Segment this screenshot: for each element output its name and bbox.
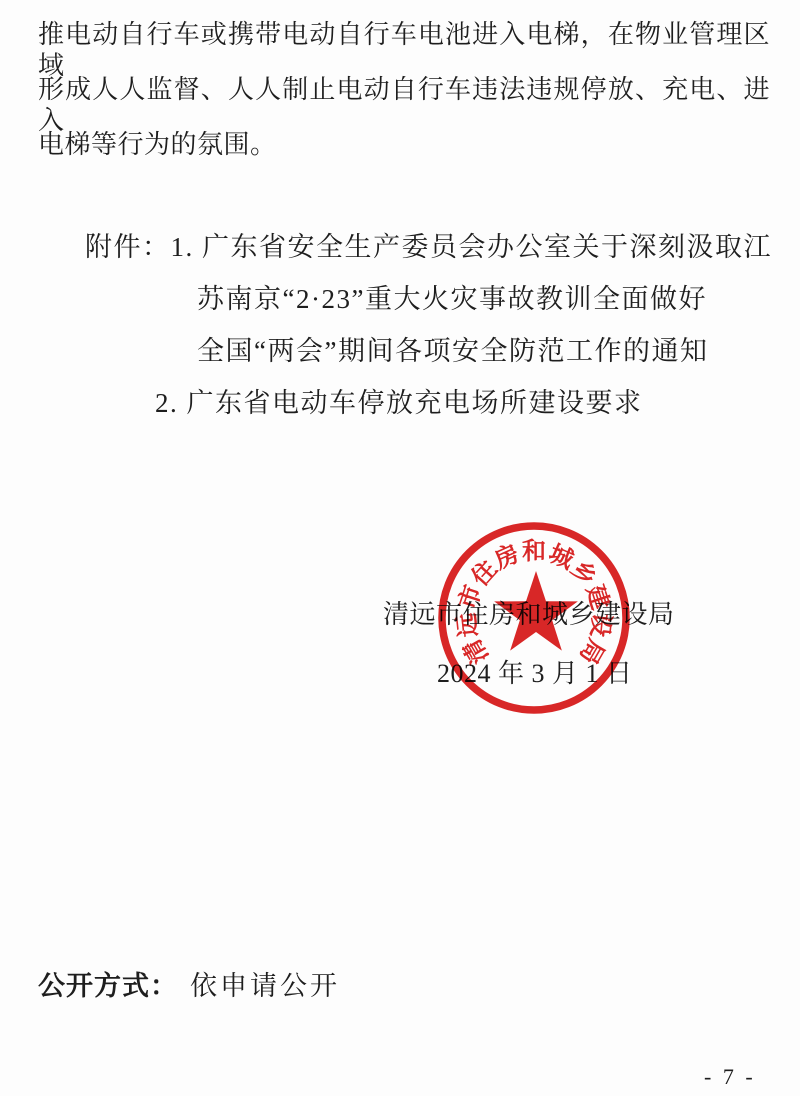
disclosure-line: 公开方式：依申请公开 — [38, 971, 340, 1003]
seal-char: 设 — [585, 612, 614, 639]
page-number: - 7 - — [704, 1064, 756, 1090]
attachment-line-2: 苏南京“2·23”重大火灾事故教训全面做好 — [197, 284, 707, 316]
seal-char: 局 — [574, 634, 609, 668]
paragraph-line-1: 推电动自行车或携带电动自行车电池进入电梯，在物业管理区域 — [38, 20, 770, 81]
paragraph-line-3: 电梯等行为的氛围。 — [38, 130, 770, 161]
seal-char: 远 — [453, 612, 482, 639]
seal-star-icon — [494, 571, 578, 651]
paragraph-line-2: 形成人人监督、人人制止电动自行车违法违规停放、充电、进入 — [38, 75, 770, 136]
disclosure-label: 公开方式： — [38, 971, 178, 1001]
official-seal: 清远市住房和城乡建设局 — [428, 512, 640, 724]
attachment-line-1: 附件：1. 广东省安全生产委员会办公室关于深刻汲取江 — [85, 232, 772, 264]
disclosure-value: 依申请公开 — [190, 971, 340, 1001]
seal-char: 和 — [522, 538, 546, 565]
attachment-line-3: 全国“两会”期间各项安全防范工作的通知 — [197, 336, 708, 368]
seal-char: 清 — [459, 634, 494, 668]
document-page: 推电动自行车或携带电动自行车电池进入电梯，在物业管理区域 形成人人监督、人人制止… — [0, 0, 800, 1096]
attachment-line-4: 2. 广东省电动车停放充电场所建设要求 — [155, 388, 643, 420]
